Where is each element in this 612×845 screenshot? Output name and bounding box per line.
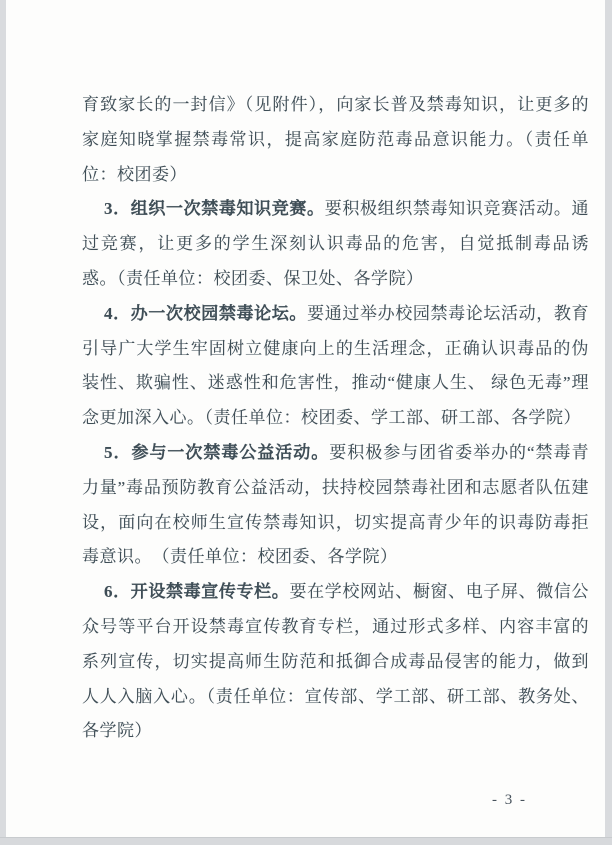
document-paragraph: 3．组织一次禁毒知识竞赛。要积极组织禁毒知识竞赛活动。通过竞赛，让更多的学生深刻… xyxy=(82,192,589,296)
paragraph-lead: 5．参与一次禁毒公益活动。 xyxy=(104,443,329,462)
paragraph-text: 育致家长的一封信》（见附件），向家长普及禁毒知识，让更多的家庭知晓掌握禁毒常识，… xyxy=(82,95,589,184)
scanned-document-page: 育致家长的一封信》（见附件），向家长普及禁毒知识，让更多的家庭知晓掌握禁毒常识，… xyxy=(0,0,612,845)
paragraph-lead: 3．组织一次禁毒知识竞赛。 xyxy=(104,199,325,218)
document-paragraph: 育致家长的一封信》（见附件），向家长普及禁毒知识，让更多的家庭知晓掌握禁毒常识，… xyxy=(82,88,589,192)
page-number: - 3 - xyxy=(492,792,527,809)
document-paragraph: 4．办一次校园禁毒论坛。要通过举办校园禁毒论坛活动，教育引导广大学生牢固树立健康… xyxy=(82,297,589,436)
paragraph-lead: 4．办一次校园禁毒论坛。 xyxy=(104,304,307,323)
paragraph-lead: 6．开设禁毒宣传专栏。 xyxy=(104,582,289,601)
document-paragraph: 5．参与一次禁毒公益活动。要积极参与团省委举办的“禁毒青力量”毒品预防教育公益活… xyxy=(82,436,589,575)
document-paragraph: 6．开设禁毒宣传专栏。要在学校网站、橱窗、电子屏、微信公众号等平台开设禁毒宣传教… xyxy=(82,575,589,749)
document-body: 育致家长的一封信》（见附件），向家长普及禁毒知识，让更多的家庭知晓掌握禁毒常识，… xyxy=(82,88,589,749)
scan-edge-left xyxy=(0,0,6,845)
scan-edge-right xyxy=(605,0,612,845)
paragraph-text: 要在学校网站、橱窗、电子屏、微信公众号等平台开设禁毒宣传教育专栏，通过形式多样、… xyxy=(82,582,589,740)
scan-edge-bottom xyxy=(0,837,612,845)
